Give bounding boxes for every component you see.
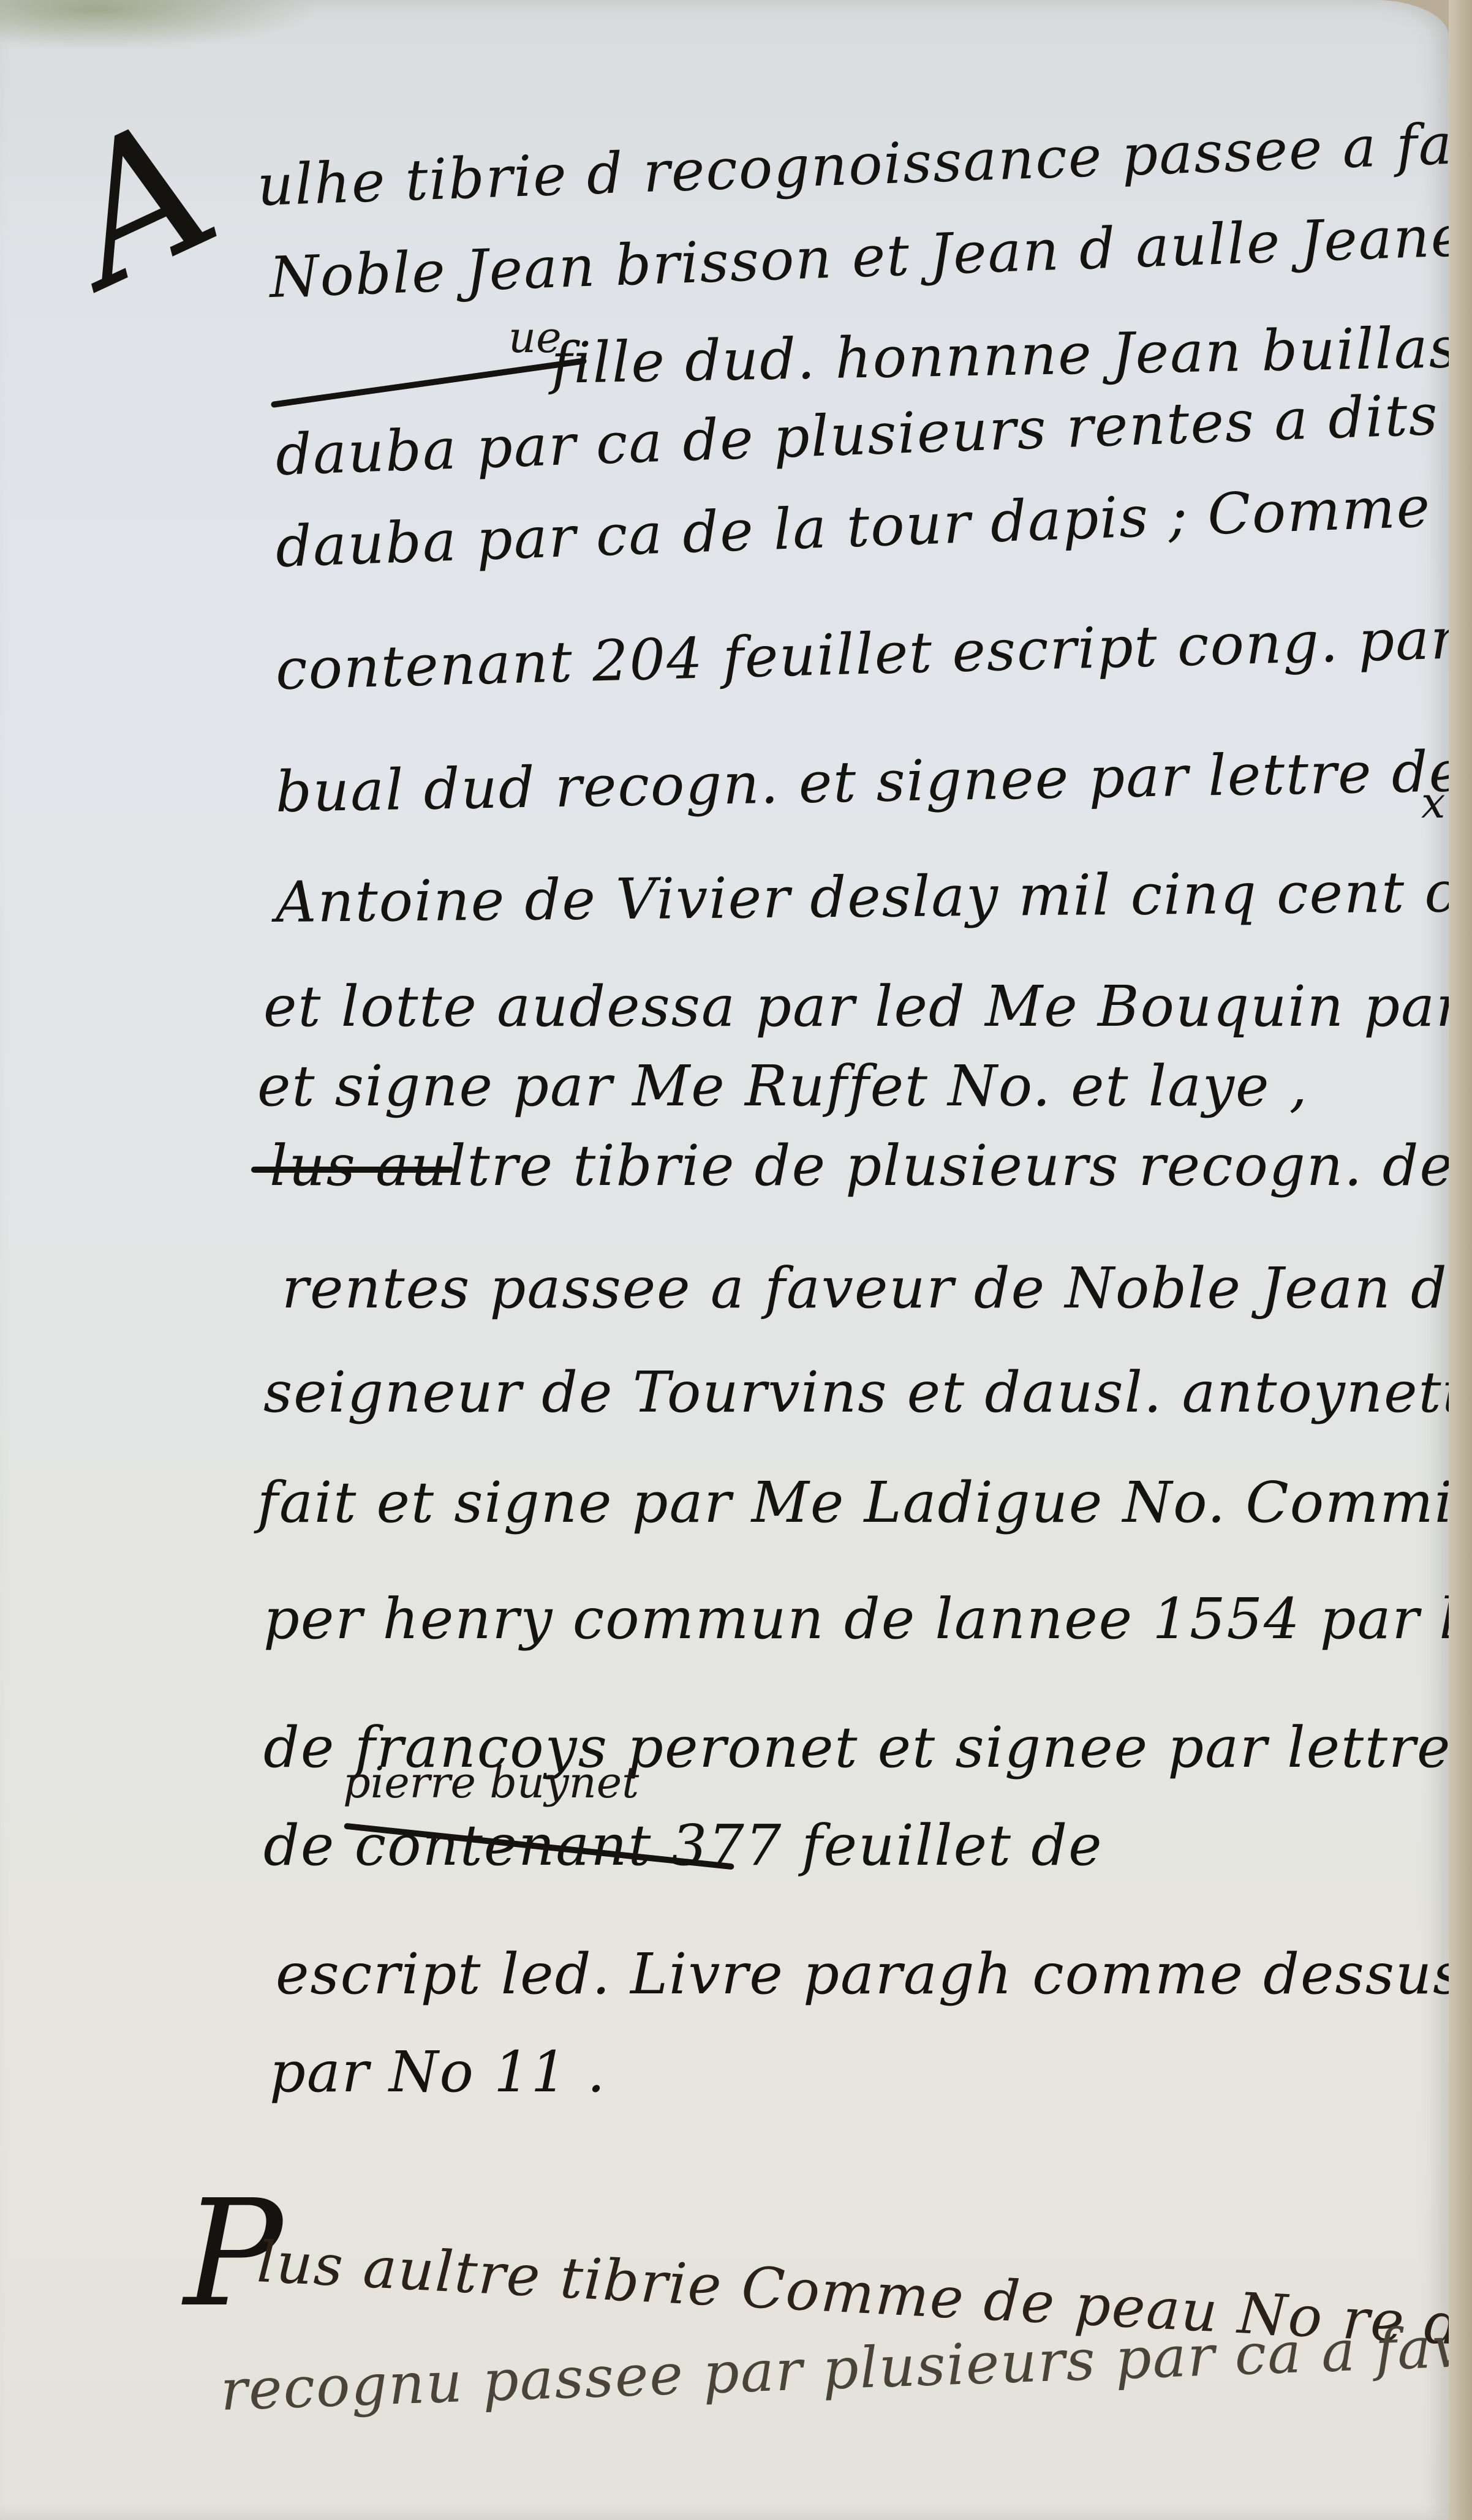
- decorative-initial-a: A: [41, 91, 239, 313]
- margin-mark: x: [1421, 778, 1445, 828]
- manuscript-line: bual dud recogn. et signee par lettre de…: [275, 736, 1472, 825]
- manuscript-page: A ulhe tibrie d recognoissance passee a …: [0, 0, 1449, 2520]
- manuscript-line: escript led. Livre paragh comme dessus e…: [276, 1941, 1472, 2007]
- manuscript-line: Antoine de Vivier deslay mil cinq cent c…: [276, 859, 1472, 935]
- manuscript-line: lus aultre tibrie de plusieurs recogn. d…: [270, 1133, 1472, 1198]
- manuscript-line: de contenant 377 feuillet de: [263, 1813, 1103, 1878]
- book-binding-edge: [1449, 0, 1472, 2520]
- manuscript-line: et lotte audessa par led Me Bouquin par …: [263, 974, 1472, 1039]
- manuscript-line: recognu passee par plusieurs par ca a fa…: [219, 2311, 1472, 2423]
- manuscript-line: contenant 204 feuillet escript cong. par…: [275, 600, 1472, 702]
- manuscript-line: seigneur de Tourvins et dausl. antoynett…: [263, 1360, 1472, 1425]
- manuscript-line: rentes passee a faveur de Noble Jean de …: [282, 1255, 1472, 1321]
- interlinear-insertion: pierre buynet: [343, 1758, 639, 1808]
- manuscript-line: fait et signe par Me Ladigue No. Commis …: [257, 1470, 1472, 1535]
- water-stain: [0, 0, 319, 49]
- manuscript-line: ulhe tibrie d recognoissance passee a fa…: [256, 103, 1472, 219]
- strike-line: [271, 358, 587, 408]
- manuscript-line: fille dud. honnnne Jean buillas par: [551, 313, 1472, 396]
- manuscript-line: par No 11 .: [270, 2039, 606, 2105]
- manuscript-line: et signe par Me Ruffet No. et laye ,: [257, 1053, 1308, 1119]
- manuscript-line: per henry commun de lannee 1554 par la r…: [263, 1586, 1472, 1652]
